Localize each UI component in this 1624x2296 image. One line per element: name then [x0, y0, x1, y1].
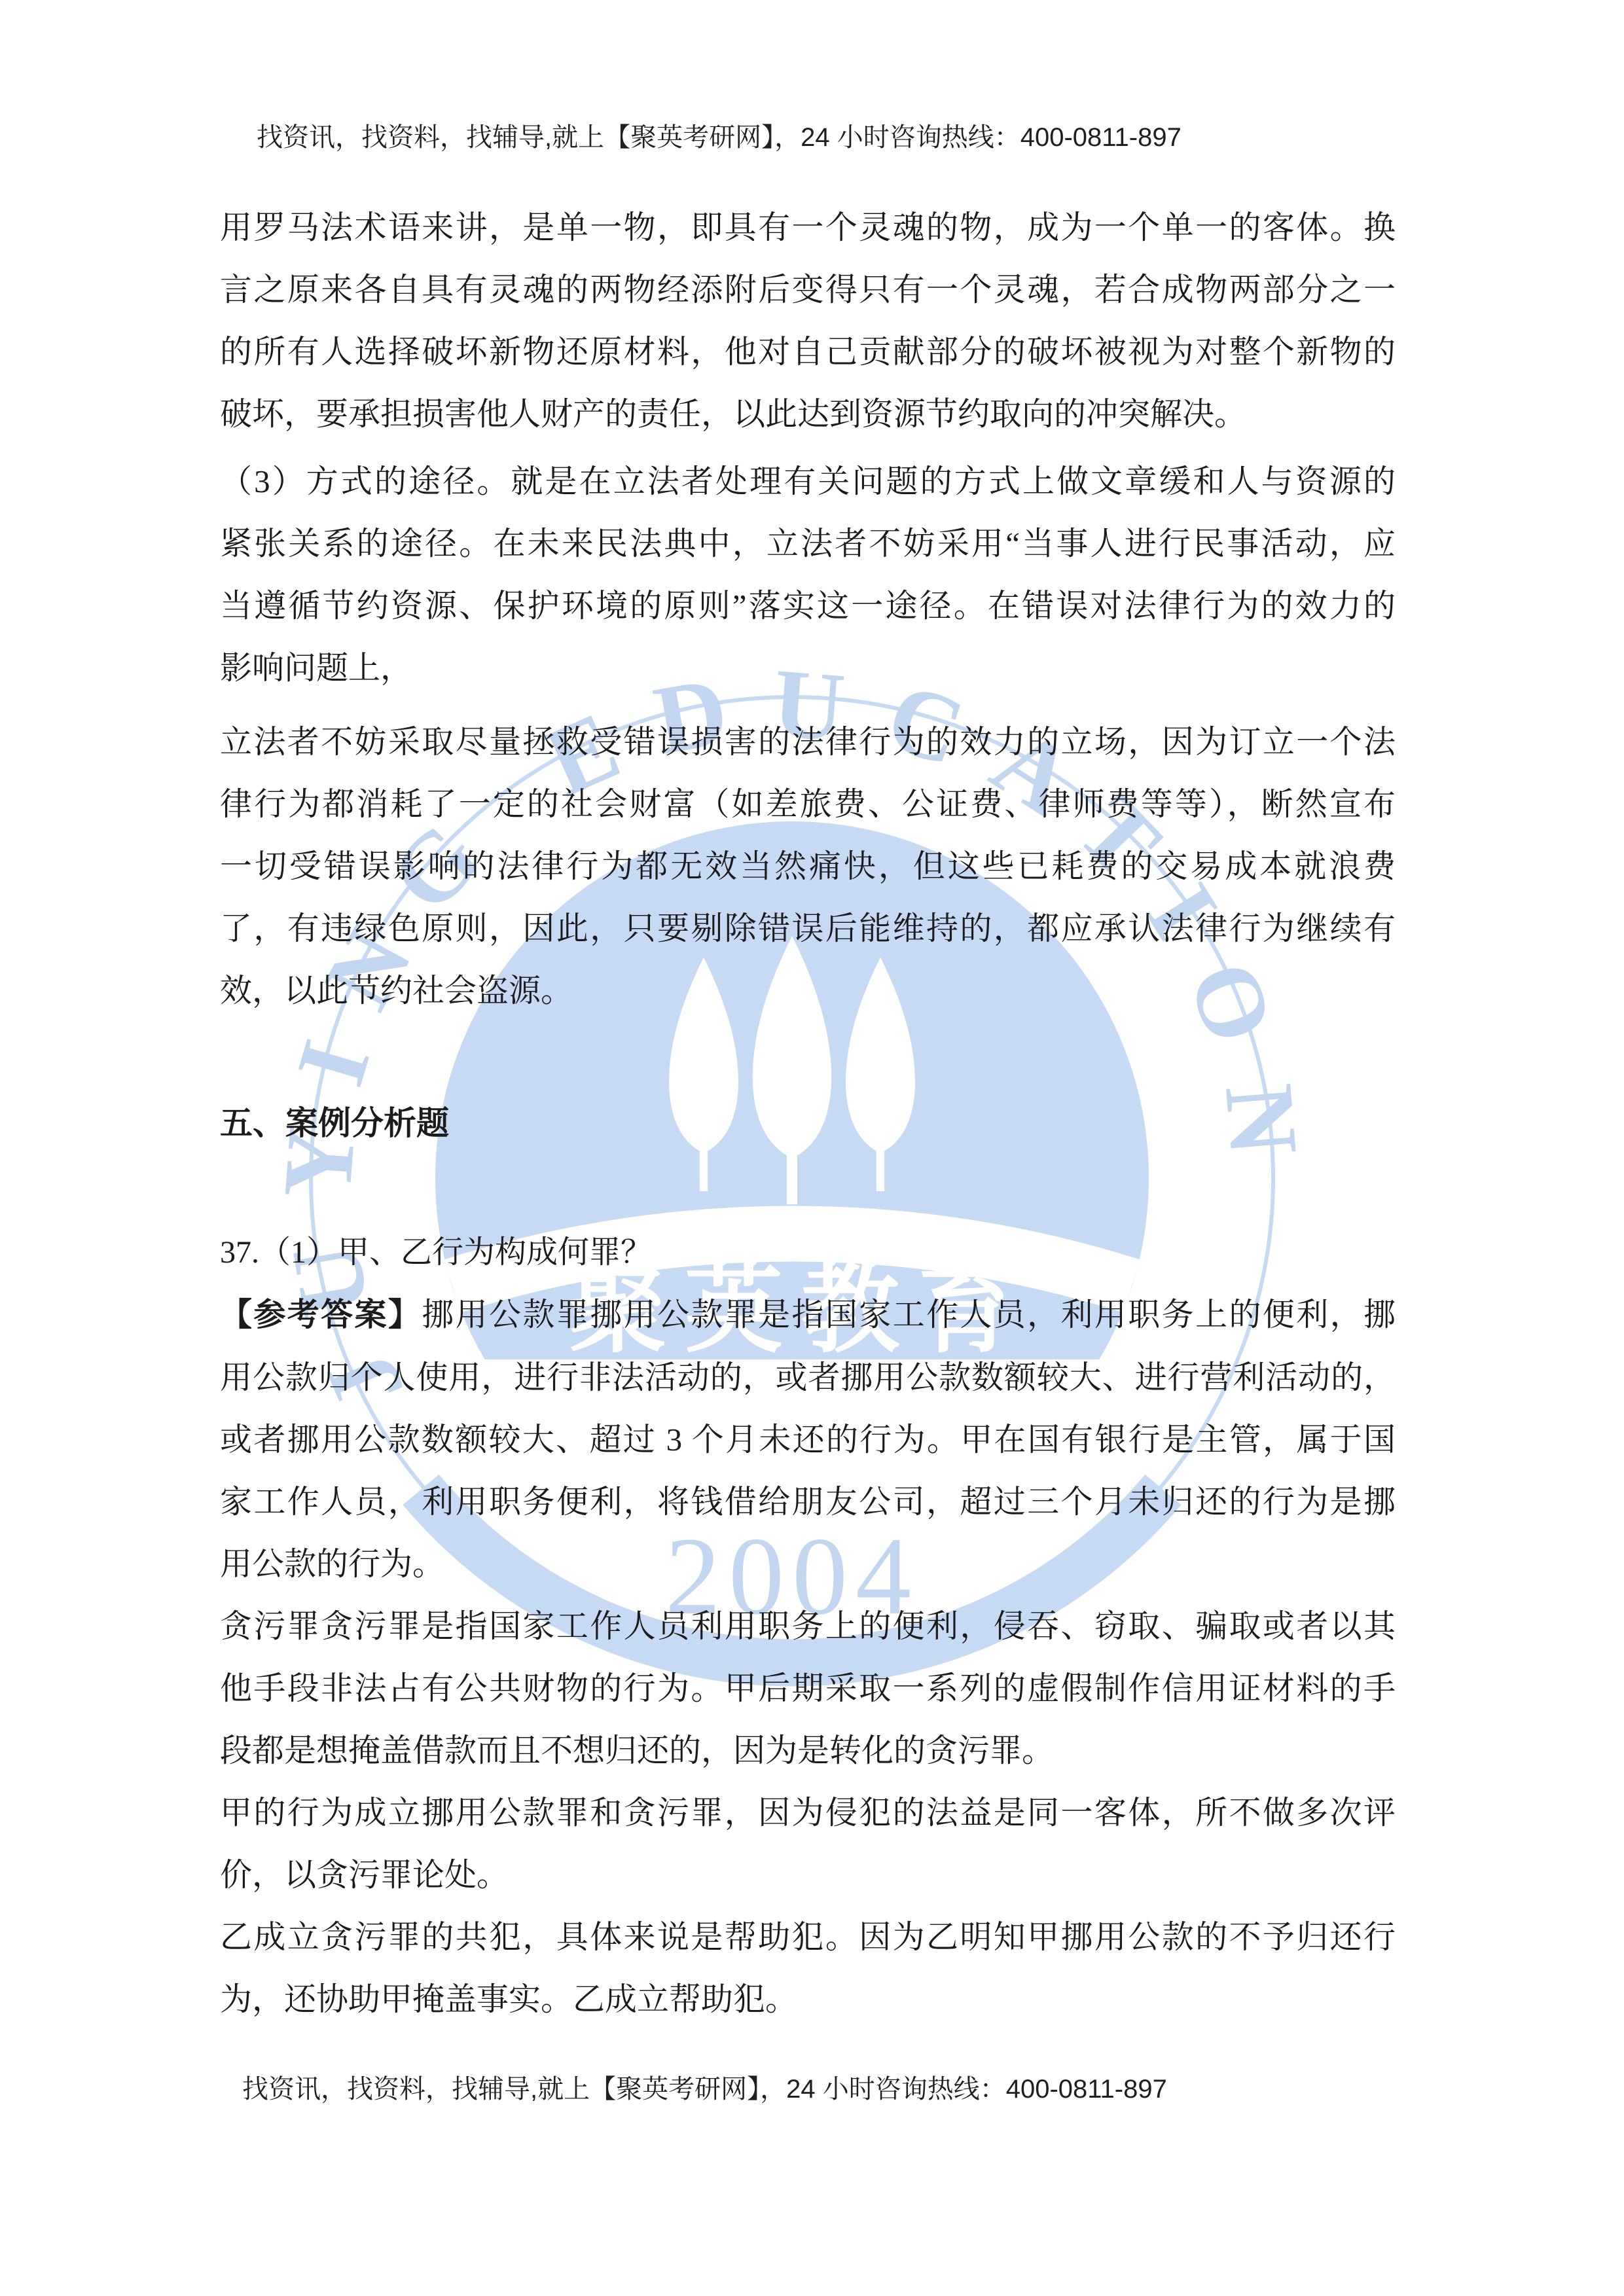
text-line: 用罗马法术语来讲，是单一物，即具有一个灵魂的物，成为一个单一的客体。换 — [220, 196, 1396, 259]
answer-paragraph-corruption: 贪污罪贪污罪是指国家工作人员利用职务上的便利，侵吞、窃取、骗取或者以其 他手段非… — [220, 1595, 1396, 1782]
text-line: 影响问题上， — [220, 637, 1396, 699]
paragraph-legislator-position: 立法者不妨采取尽量拯救受错误损害的法律行为的效力的立场，因为订立一个法 律行为都… — [220, 711, 1396, 1022]
text-line: 家工作人员，利用职务便利，将钱借给朋友公司，超过三个月未归还的行为是挪 — [220, 1471, 1396, 1533]
text-line: 贪污罪贪污罪是指国家工作人员利用职务上的便利，侵吞、窃取、骗取或者以其 — [220, 1595, 1396, 1657]
text-line: 当遵循节约资源、保护环境的原则”落实这一途径。在错误对法律行为的效力的 — [220, 575, 1396, 637]
text-line: 用公款归个人使用，进行非法活动的，或者挪用公款数额较大、进行营利活动的， — [220, 1346, 1396, 1408]
text-line: 了，有违绿色原则，因此，只要剔除错误后能维持的，都应承认法律行为继续有 — [220, 897, 1396, 960]
text-line: 用公款的行为。 — [220, 1533, 1396, 1595]
text-line: 言之原来各自具有灵魂的两物经添附后变得只有一个灵魂，若合成物两部分之一 — [220, 259, 1396, 321]
answer-paragraph-misappropriation: 【参考答案】挪用公款罪挪用公款罪是指国家工作人员，利用职务上的便利，挪 用公款归… — [220, 1283, 1396, 1595]
question-text: 37.（1）甲、乙行为构成何罪？ — [220, 1221, 1396, 1283]
text-line: 甲的行为成立挪用公款罪和贪污罪，因为侵犯的法益是同一客体，所不做多次评 — [220, 1782, 1396, 1844]
text-line: 律行为都消耗了一定的社会财富（如差旅费、公证费、律师费等等），断然宣布 — [220, 773, 1396, 835]
text-line: 【参考答案】挪用公款罪挪用公款罪是指国家工作人员，利用职务上的便利，挪 — [220, 1283, 1396, 1346]
text-line: 紧张关系的途径。在未来民法典中，立法者不妨采用“当事人进行民事活动，应 — [220, 512, 1396, 575]
text-line: 为，还协助甲掩盖事实。乙成立帮助犯。 — [220, 1968, 1396, 2030]
text-line: 或者挪用公款数额较大、超过 3 个月未还的行为。甲在国有银行是主管，属于国 — [220, 1408, 1396, 1471]
page-header-text: 找资讯，找资料，找辅导,就上【聚英考研网】，24 小时咨询热线：400-0811… — [257, 119, 1182, 156]
paragraph-roman-law: 用罗马法术语来讲，是单一物，即具有一个灵魂的物，成为一个单一的客体。换 言之原来… — [220, 196, 1396, 445]
paragraph-method-approach: （3）方式的途径。就是在立法者处理有关问题的方式上做文章缓和人与资源的 紧张关系… — [220, 450, 1396, 699]
answer-text: 挪用公款罪挪用公款罪是指国家工作人员，利用职务上的便利，挪 — [422, 1297, 1396, 1333]
document-body: 用罗马法术语来讲，是单一物，即具有一个灵魂的物，成为一个单一的客体。换 言之原来… — [220, 196, 1396, 2030]
text-line: 破坏，要承担损害他人财产的责任，以此达到资源节约取向的冲突解决。 — [220, 383, 1396, 445]
text-line: 的所有人选择破坏新物还原材料，他对自己贡献部分的破坏被视为对整个新物的 — [220, 321, 1396, 383]
text-line: 效，以此节约社会盗源。 — [220, 960, 1396, 1022]
page-footer-text: 找资讯，找资料，找辅导,就上【聚英考研网】，24 小时咨询热线：400-0811… — [242, 2071, 1167, 2108]
answer-label: 【参考答案】 — [220, 1297, 422, 1333]
text-line: （3）方式的途径。就是在立法者处理有关问题的方式上做文章缓和人与资源的 — [220, 450, 1396, 512]
document-page: JUYING EDUCATION 聚英教育 — [0, 0, 1624, 2296]
answer-paragraph-jia-conclusion: 甲的行为成立挪用公款罪和贪污罪，因为侵犯的法益是同一客体，所不做多次评 价，以贪… — [220, 1782, 1396, 1906]
text-line: 乙成立贪污罪的共犯，具体来说是帮助犯。因为乙明知甲挪用公款的不予归还行 — [220, 1906, 1396, 1968]
text-line: 一切受错误影响的法律行为都无效当然痛快，但这些已耗费的交易成本就浪费 — [220, 835, 1396, 897]
answer-paragraph-yi-conclusion: 乙成立贪污罪的共犯，具体来说是帮助犯。因为乙明知甲挪用公款的不予归还行 为，还协… — [220, 1906, 1396, 2030]
text-line: 段都是想掩盖借款而且不想归还的，因为是转化的贪污罪。 — [220, 1719, 1396, 1782]
text-line: 价，以贪污罪论处。 — [220, 1844, 1396, 1906]
section-heading: 五、案例分析题 — [220, 1100, 1396, 1146]
text-line: 他手段非法占有公共财物的行为。甲后期采取一系列的虚假制作信用证材料的手 — [220, 1657, 1396, 1719]
text-line: 立法者不妨采取尽量拯救受错误损害的法律行为的效力的立场，因为订立一个法 — [220, 711, 1396, 773]
